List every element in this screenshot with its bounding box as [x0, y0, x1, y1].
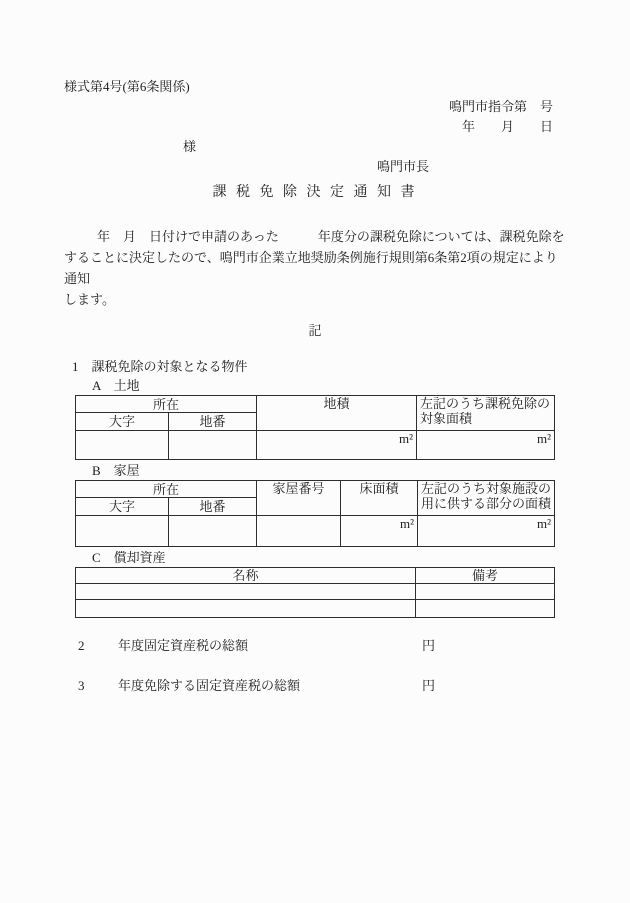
body-line: 年 月 日付けで申請のあった 年度分の課税免除については、課税免除を	[64, 226, 566, 247]
land-lot-number-header: 地番	[169, 413, 257, 431]
land-label: A 土地	[92, 377, 566, 395]
building-number-header: 家屋番号	[257, 481, 341, 516]
land-oaza-header: 大字	[76, 413, 169, 431]
item-exempt-tax: 3 年度免除する固定資産税の総額 円	[78, 676, 566, 696]
body-line: することに決定したので、鳴門市企業立地奨励条例施行規則第6条第2項の規定により通…	[64, 247, 566, 289]
land-oaza-cell	[76, 431, 169, 460]
directive-number: 鳴門市指令第 号	[64, 97, 553, 117]
floor-area-header: 床面積	[341, 481, 418, 516]
floor-area-cell: m²	[341, 516, 418, 547]
building-oaza-header: 大字	[76, 498, 169, 516]
item-number: 2	[78, 636, 118, 656]
asset-remarks-header: 備考	[416, 568, 555, 584]
land-exempt-area-cell: m²	[417, 431, 555, 460]
asset-name-cell	[76, 584, 416, 600]
document-page: 様式第4号(第6条関係) 鳴門市指令第 号 年 月 日 様 鳴門市長 課 税 免…	[0, 0, 630, 903]
depreciable-assets-label: C 償却資産	[92, 549, 566, 567]
item-unit: 円	[422, 636, 435, 656]
document-title: 課 税 免 除 決 定 通 知 書	[64, 183, 566, 203]
item-label: 年度免除する固定資産税の総額	[118, 676, 422, 696]
building-lot-number-cell	[169, 516, 257, 547]
land-location-header: 所在	[76, 396, 257, 413]
header-right-block: 鳴門市指令第 号 年 月 日	[64, 97, 566, 137]
addressee-suffix: 様	[183, 137, 566, 157]
building-number-cell	[257, 516, 341, 547]
item-number: 3	[78, 676, 118, 696]
form-number: 様式第4号(第6条関係)	[64, 77, 566, 97]
target-portion-cell: m²	[418, 516, 555, 547]
land-exempt-area-header: 左記のうち課税免除の対象面積	[417, 396, 555, 431]
sender-title: 鳴門市長	[377, 157, 566, 177]
body-line: します。	[64, 289, 566, 310]
asset-name-cell	[76, 600, 416, 618]
date-line: 年 月 日	[64, 117, 553, 137]
target-portion-header: 左記のうち対象施設の用に供する部分の面積	[418, 481, 555, 516]
asset-name-header: 名称	[76, 568, 416, 584]
item-label: 年度固定資産税の総額	[118, 636, 422, 656]
land-table: 所在 地積 左記のうち課税免除の対象面積 大字 地番 m² m²	[75, 395, 555, 460]
asset-remarks-cell	[416, 600, 555, 618]
section1-heading: 1 課税免除の対象となる物件	[72, 357, 566, 377]
building-label: B 家屋	[92, 462, 566, 480]
land-area-header: 地積	[257, 396, 417, 431]
item-unit: 円	[422, 676, 435, 696]
depreciable-assets-table: 名称 備考	[75, 567, 555, 618]
building-table: 所在 家屋番号 床面積 左記のうち対象施設の用に供する部分の面積 大字 地番 m…	[75, 480, 555, 547]
record-marker: 記	[64, 321, 566, 341]
asset-remarks-cell	[416, 584, 555, 600]
building-location-header: 所在	[76, 481, 257, 498]
building-lot-number-header: 地番	[169, 498, 257, 516]
item-total-tax: 2 年度固定資産税の総額 円	[78, 636, 566, 656]
body-paragraph: 年 月 日付けで申請のあった 年度分の課税免除については、課税免除を することに…	[64, 226, 566, 310]
land-area-cell: m²	[257, 431, 417, 460]
building-oaza-cell	[76, 516, 169, 547]
land-lot-number-cell	[169, 431, 257, 460]
